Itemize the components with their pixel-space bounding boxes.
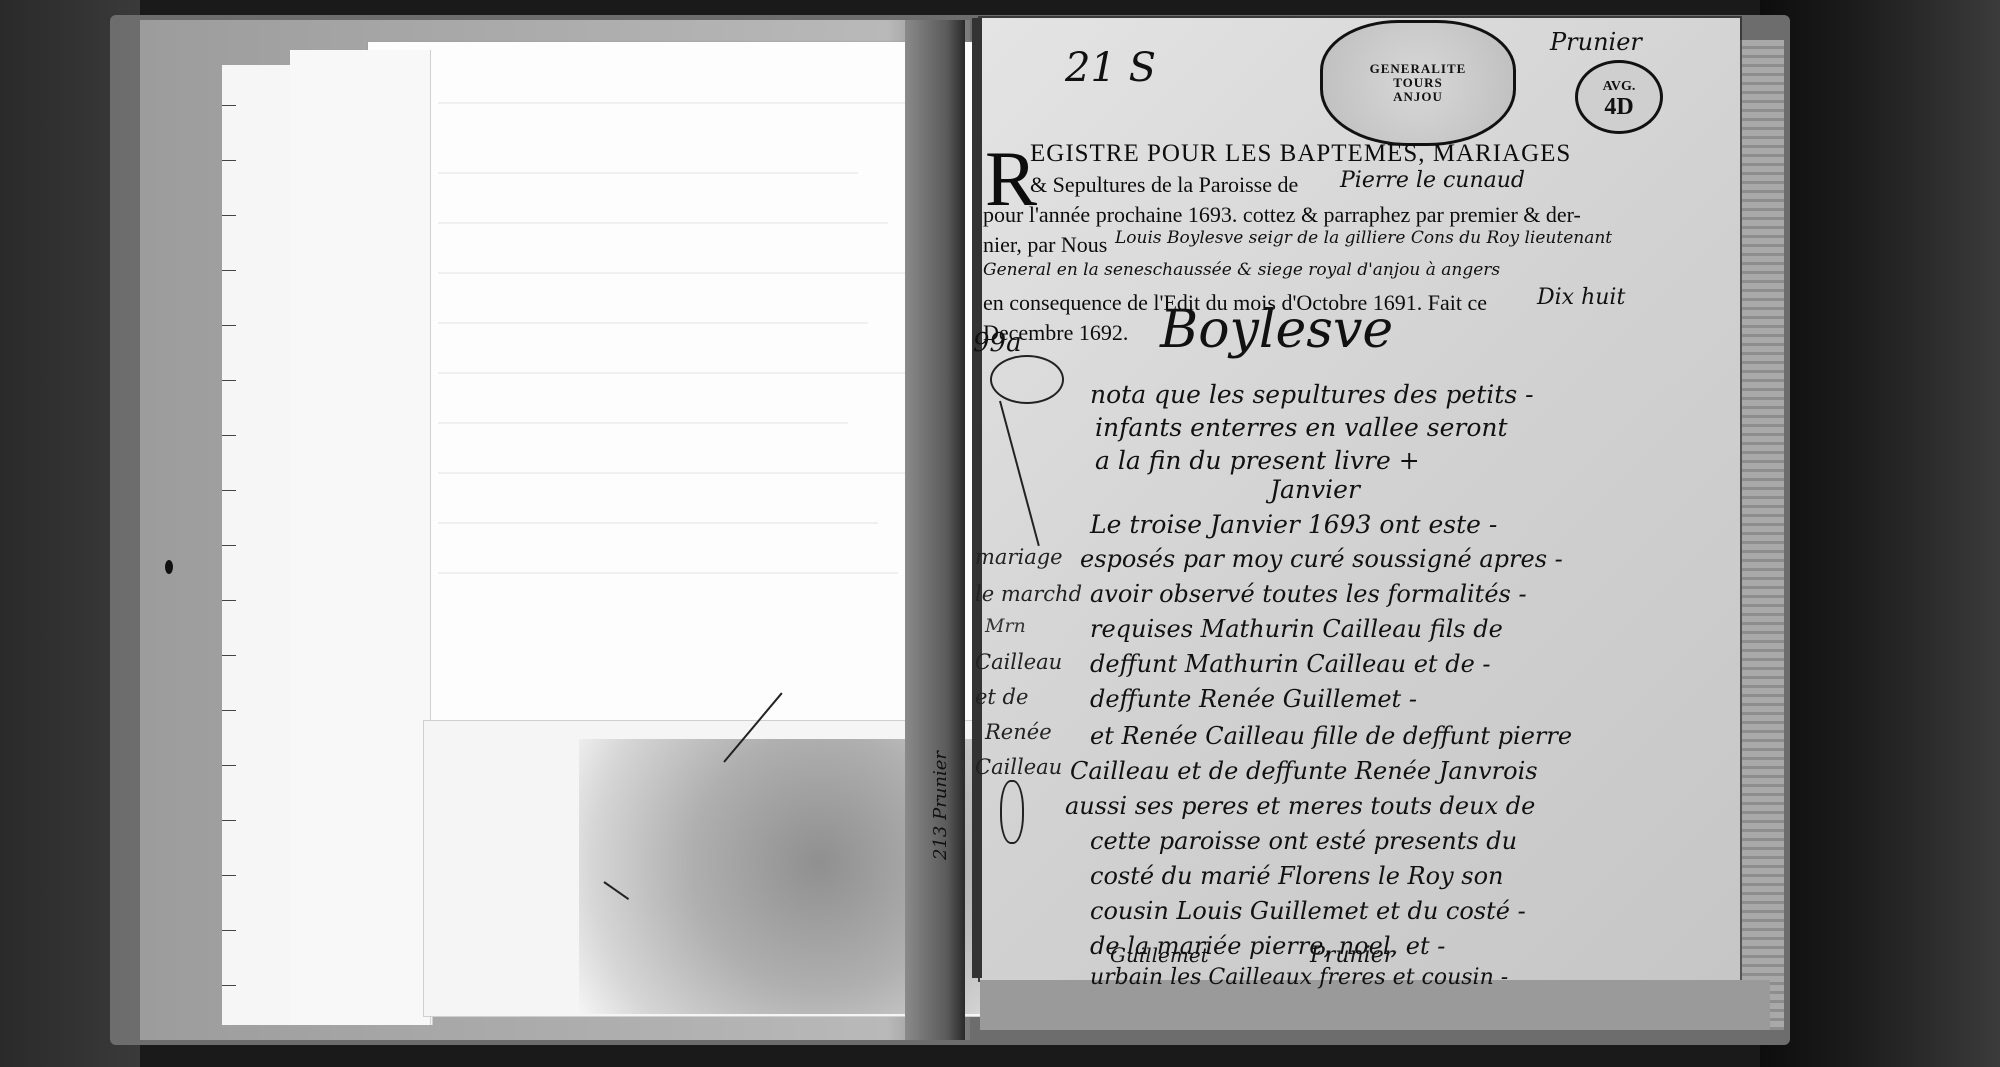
margin-number: 99a [973, 328, 1022, 358]
page-margin-shadow [972, 18, 982, 978]
folio-number: 21 S [1065, 45, 1156, 91]
parish-name-handwritten: Pierre le cunaud [1340, 168, 1525, 193]
month-heading: Janvier [1270, 475, 1360, 504]
body-line: cousin Louis Guillemet et du costé - [1090, 897, 1526, 925]
lower-stained-sheet [423, 720, 1065, 1017]
body-line: a la fin du present livre + [1095, 446, 1420, 475]
book-gutter [905, 20, 965, 1040]
body-line: deffunt Mathurin Cailleau et de - [1090, 650, 1491, 678]
body-line: et Renée Cailleau fille de deffunt pierr… [1090, 722, 1572, 750]
body-line: nota que les sepultures des petits - [1090, 380, 1534, 409]
body-line: costé du marié Florens le Roy son [1090, 862, 1503, 890]
header-line-3: pour l'année prochaine 1693. cottez & pa… [983, 202, 1581, 228]
official-name-handwritten: Louis Boylesve seigr de la gilliere Cons… [1115, 228, 1612, 248]
ink-spot [165, 560, 173, 574]
body-line: cette paroisse ont esté presents du [1090, 827, 1517, 855]
body-line: avoir observé toutes les formalités - [1090, 580, 1527, 608]
left-page-cover [140, 20, 970, 1040]
tax-seal: AVG. 4D [1575, 60, 1663, 134]
official-signature: Boylesve [1160, 300, 1393, 360]
signature-guillemet: Guillemet [1110, 943, 1209, 967]
margin-vertical-note: 213 Prunier [930, 751, 951, 860]
scan-background-right [1760, 0, 2000, 1067]
body-line: Le troise Janvier 1693 ont este - [1090, 510, 1497, 539]
signature-prunier: Prunier [1310, 943, 1394, 968]
body-line: esposés par moy curé soussigné apres - [1080, 545, 1563, 573]
body-line: deffunte Renée Guillemet - [1090, 685, 1417, 713]
body-line: urbain les Cailleaux freres et cousin - [1090, 965, 1508, 990]
header-line-2: & Sepultures de la Paroisse de [1030, 172, 1298, 198]
page-edges [1740, 40, 1784, 1030]
margin-flourish [1000, 780, 1024, 844]
paraph-flourish [990, 355, 1064, 404]
body-line: infants enterres en vallee seront [1095, 413, 1508, 442]
body-line: Cailleau et de deffunte Renée Janvrois [1070, 757, 1538, 785]
folded-strip [290, 50, 431, 1025]
official-title-handwritten: General en la seneschaussée & siege roya… [983, 260, 1500, 280]
date-handwritten: Dix huit [1537, 285, 1625, 310]
header-line-1: EGISTRE POUR LES BAPTEMES, MARIAGES [1030, 140, 1571, 168]
body-line: aussi ses peres et meres touts deux de [1065, 792, 1535, 820]
top-right-note: Prunier [1550, 28, 1642, 56]
body-line: requises Mathurin Cailleau fils de [1090, 615, 1503, 643]
header-line-4: nier, par Nous [983, 232, 1107, 258]
generalite-stamp: GENERALITE TOURS ANJOU [1320, 20, 1516, 146]
